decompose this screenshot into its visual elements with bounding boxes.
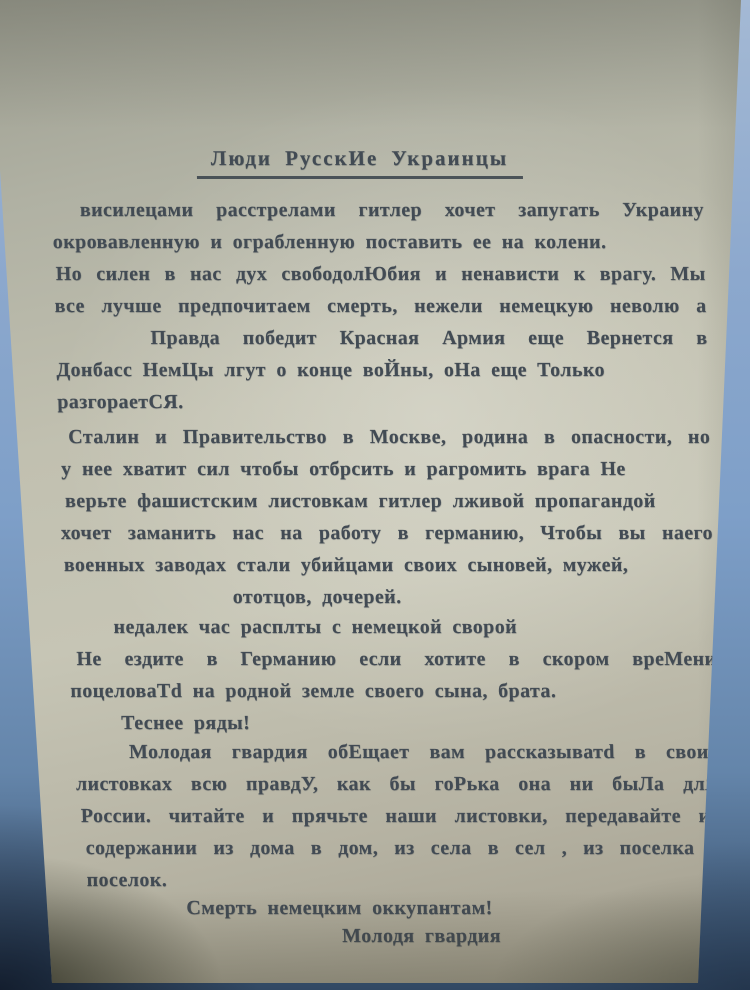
leaflet-content: Люди РусскИе Украинцы висилецами расстре…: [0, 0, 750, 952]
leaflet-line: Но силен в нас дух свободолЮбия и ненави…: [53, 258, 708, 290]
leaflet-body: висилецами расстрелами гитлер хочет запу…: [51, 194, 726, 952]
leaflet-line: Молодая гвардия обЕщает вам рассказыватd…: [67, 736, 722, 768]
leaflet-line: недалек час расплты с немецкой сворой: [63, 611, 718, 643]
leaflet-line: верьте фашистским листовкам гитлер лживо…: [60, 485, 715, 517]
leaflet-line: висилецами расстрелами гитлер хочет запу…: [51, 194, 706, 226]
leaflet-line: все лучше предпочитаем смерть, нежели не…: [54, 290, 709, 322]
leaflet-line: окровавленную и ограбленную поставить ее…: [52, 226, 707, 258]
leaflet-line: России. читайте и прячьте наши листовки,…: [68, 800, 723, 832]
leaflet-line: хочет заманить нас на работу в германию,…: [60, 517, 715, 549]
leaflet-line: Молодя гвардия: [72, 920, 727, 952]
leaflet-line: Сталин и Правительство в Москве, родина …: [58, 421, 713, 453]
leaflet-line: разгораетСЯ.: [57, 386, 712, 418]
leaflet-line: у нее хватит сил чтобы отбрсить и рагром…: [59, 453, 714, 485]
leaflet-line: содержании из дома в дом, из села в сел …: [69, 832, 724, 864]
leaflet-line: ототцов, дочерей.: [62, 581, 717, 613]
leaflet-paper: Люди РусскИе Украинцы висилецами расстре…: [0, 0, 750, 990]
leaflet-line: поцеловаТd на родной земле своего сына, …: [65, 675, 720, 707]
photo-background: Люди РусскИе Украинцы висилецами расстре…: [0, 0, 750, 990]
leaflet-line: Донбасс НемЦы лгут о конце воЙны, оНа ещ…: [56, 354, 711, 386]
leaflet-line: Правда победит Красная Армия еще Вернетс…: [55, 322, 710, 354]
leaflet-line: военных заводах стали убийцами своих сын…: [61, 549, 716, 581]
leaflet-line: Не ездите в Германию если хотите в скоро…: [64, 643, 719, 675]
leaflet-line: листовках всю правдУ, как бы гоРька она …: [67, 768, 722, 800]
leaflet-title: Люди РусскИе Украинцы: [196, 146, 522, 179]
leaflet-line: Теснее ряды!: [66, 707, 721, 739]
